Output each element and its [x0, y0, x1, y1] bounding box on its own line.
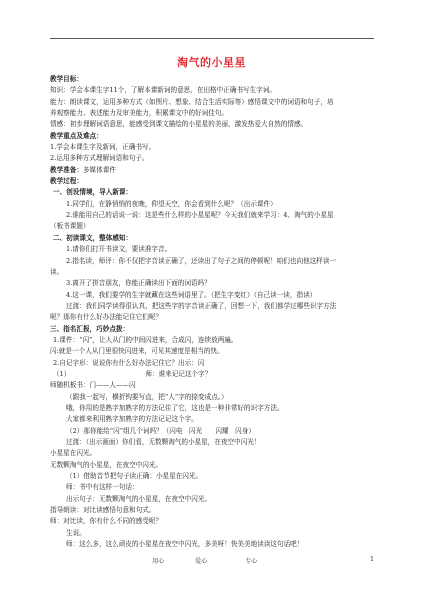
- text-line: 1.请你们打开书读文，要读准字音。: [50, 244, 376, 255]
- section-heading: 教学重点及难点：: [50, 131, 376, 142]
- line-text: 1.课件：“闪”，让人从门的中间闪进来，合成闪，连续放两遍。: [53, 336, 237, 344]
- page-number: 1: [370, 556, 374, 563]
- section-heading: 二、初读课文，整体感知：: [50, 233, 376, 244]
- text-line: 教学准备：多媒体课件: [50, 165, 376, 176]
- text-line: 呢？那你有什么好办法能记住它们呢？: [50, 312, 376, 323]
- line-text: （2）那你能给“闪”组几个词吗？（闪电 闪光 闪耀 闪身）: [66, 427, 255, 435]
- text-line: 1.学会本课生字及新词，正确书写。: [50, 142, 376, 153]
- line-suffix: 师：谁来记记这个字？: [70, 370, 211, 378]
- line-text: （板书课题）: [50, 222, 90, 230]
- line-text: 大家都来利用熟字加熟字的方法记记这个字。: [66, 415, 198, 423]
- line-text: 4.这一课，我们要学的生字就藏在这些词语里了。（把生字变红）（自己读一读，指读）: [66, 291, 316, 299]
- line-text: 闪:就是一个人从门里很快闪进来，可见其速度是相当的快。: [50, 347, 224, 355]
- text-line: 师：书中有这样一句话：: [50, 482, 376, 493]
- footer-motto-3: 专心: [245, 556, 257, 565]
- section-heading: 教学过程：: [50, 176, 376, 187]
- line-text: 3.离开了拼音朋友，你能正确读出下面的词语吗？: [66, 279, 211, 287]
- line-text: 师：书中有这样一句话：: [66, 483, 139, 491]
- line-text: 小星星在闪光。: [50, 449, 96, 457]
- line-text: 过渡：（出示画面）你们看，无数颗淘气的小星星，在夜空中闪光！: [66, 438, 261, 446]
- line-text: 2.谁能用自己的话说一说：这是些什么样的小星星呢？今天我们就来学习：4、淘气的小…: [66, 211, 334, 219]
- line-text: 师随机板书：门——人——闪: [50, 381, 136, 389]
- line-text: 2.自记字形：说说你有什么好办法记住它？出示：闪: [53, 359, 204, 367]
- text-line: 无数颗淘气的小星星，在夜空中闪光。: [50, 460, 376, 471]
- text-line: 3.离开了拼音朋友，你能正确读出下面的词语吗？: [50, 278, 376, 289]
- text-line: 过渡：我们同学读得很认真，把这些字的字音读正确了，回想一下，我们都学过哪些识字方…: [50, 301, 376, 312]
- text-line: 能力：朗读课文，运用多种方式（如图片、想象、结合生活实际等）感悟课文中的词语和句…: [50, 97, 376, 108]
- text-line: 师随机板书：门——人——闪: [50, 380, 376, 391]
- text-line: 情感：初步理解词语意思，能感受到课文描绘的小星星的美丽，激发热爱大自然的情感。: [50, 119, 376, 130]
- line-text: （跟我一起写，横折钩要写直，把“人”字的捺变成点。）: [66, 393, 228, 401]
- line-text: 教学目标：: [50, 75, 83, 83]
- line-text: 1.同学们，在静悄悄的夜晚，仰望天空，你会看到什么呢？（出示课件）: [66, 200, 277, 208]
- text-line: 过渡：（出示画面）你们看，无数颗淘气的小星星，在夜空中闪光！: [50, 437, 376, 448]
- text-line: 哦，你用的是熟字加熟字的方法记住了它，这也是一种非常好的识字方法。: [50, 403, 376, 414]
- line-text: 教学过程：: [50, 177, 83, 185]
- line-text: 教学重点及难点：: [50, 132, 103, 140]
- line-text: 三、指名汇报，巧妙点拨：: [50, 325, 129, 333]
- text-line: 出示句子：无数颗淘气的小星星，在夜空中闪光。: [50, 494, 376, 505]
- text-line: 读。: [50, 267, 376, 278]
- line-text: 1.学会本课生字及新词，正确书写。: [50, 143, 155, 151]
- text-line: 1.课件：“闪”，让人从门的中间闪进来，合成闪，连续放两遍。: [50, 335, 376, 346]
- line-text: 生说。: [66, 529, 86, 537]
- line-text: 无数颗淘气的小星星，在夜空中闪光。: [50, 461, 162, 469]
- document-page: 淘气的小星星 教学目标：知识：学会本课生字11个，了解本课新词的意思，在田格中正…: [0, 0, 423, 600]
- line-text: 二、初读课文，整体感知：: [53, 234, 132, 242]
- line-text: 养观察能力、表述能力及审美能力，积累课文中的好词佳句。: [50, 109, 228, 117]
- line-text: （1）: [53, 370, 70, 378]
- document-body: 教学目标：知识：学会本课生字11个，了解本课新词的意思，在田格中正确书写生字词。…: [50, 74, 376, 550]
- line-text: 知识：学会本课生字11个，了解本课新词的意思，在田格中正确书写生字词。: [50, 86, 276, 94]
- line-text: 2.运用多种方式理解词语和句子。: [50, 154, 149, 162]
- line-text: 过渡：我们同学读得很认真，把这些字的字音读正确了，回想一下，我们都学过哪些识字方…: [66, 302, 336, 310]
- text-line: （跟我一起写，横折钩要写直，把“人”字的捺变成点。）: [50, 392, 376, 403]
- text-line: 2.运用多种方式理解词语和句子。: [50, 153, 376, 164]
- text-line: 大家都来利用熟字加熟字的方法记记这个字。: [50, 414, 376, 425]
- text-line: 小星星在闪光。: [50, 448, 376, 459]
- line-text: 1.请你们打开书读文，要读准字音。: [66, 245, 171, 253]
- footer-motto-2: 爱心: [195, 556, 207, 565]
- text-line: 2.谁能用自己的话说一说：这是些什么样的小星星呢？今天我们就来学习：4、淘气的小…: [50, 210, 376, 221]
- line-text: 能力：朗读课文，运用多种方式（如图片、想象、结合生活实际等）感悟课文中的词语和句…: [50, 98, 334, 106]
- text-line: （1）师：谁来记记这个字？: [50, 369, 376, 380]
- line-text: 出示句子：无数颗淘气的小星星，在夜空中闪光。: [66, 495, 211, 503]
- line-text: 师：对比读，你有什么不同的感受呢？: [50, 517, 162, 525]
- footer-motto-1: 用心: [152, 556, 164, 565]
- text-line: 养观察能力、表述能力及审美能力，积累课文中的好词佳句。: [50, 108, 376, 119]
- text-line: 知识：学会本课生字11个，了解本课新词的意思，在田格中正确书写生字词。: [50, 85, 376, 96]
- label: 教学准备：: [50, 166, 83, 174]
- line-text: 一、创设情境，导入新课：: [53, 188, 132, 196]
- section-heading: 三、指名汇报，巧妙点拨：: [50, 324, 376, 335]
- line-text: 师：这么多，这么顽皮的小星星在夜空中闪光，多美呀！快美美地读读这句话吧！: [66, 540, 303, 548]
- line-text: （1）借助音节把句子读正确：小星星在闪光。: [66, 472, 202, 480]
- text-line: 2.自记字形：说说你有什么好办法记住它？出示：闪: [50, 358, 376, 369]
- line-text: 指导朗读：对比读感悟句意和句式。: [50, 506, 156, 514]
- text-line: 闪:就是一个人从门里很快闪进来，可见其速度是相当的快。: [50, 346, 376, 357]
- text-line: 师：这么多，这么顽皮的小星星在夜空中闪光，多美呀！快美美地读读这句话吧！: [50, 539, 376, 550]
- text-line: （1）借助音节把句子读正确：小星星在闪光。: [50, 471, 376, 482]
- line-text: 2.指名读，师评：你不仅把字音读正确了，还读出了句子之间的停顿呢！咱们也向他这样…: [66, 257, 336, 265]
- line-text: 读。: [50, 268, 63, 276]
- text-line: 指导朗读：对比读感悟句意和句式。: [50, 505, 376, 516]
- text-line: 4.这一课，我们要学的生字就藏在这些词语里了。（把生字变红）（自己读一读，指读）: [50, 290, 376, 301]
- line-text: 呢？那你有什么好办法能记住它们呢？: [50, 313, 162, 321]
- section-heading: 教学目标：: [50, 74, 376, 85]
- text-line: （板书课题）: [50, 221, 376, 232]
- section-heading: 一、创设情境，导入新课：: [50, 187, 376, 198]
- value: 多媒体课件: [83, 166, 116, 174]
- text-line: 生说。: [50, 528, 376, 539]
- text-line: （2）那你能给“闪”组几个词吗？（闪电 闪光 闪耀 闪身）: [50, 426, 376, 437]
- page-title: 淘气的小星星: [0, 54, 423, 70]
- text-line: 1.同学们，在静悄悄的夜晚，仰望天空，你会看到什么呢？（出示课件）: [50, 199, 376, 210]
- text-line: 师：对比读，你有什么不同的感受呢？: [50, 516, 376, 527]
- line-text: 情感：初步理解词语意思，能感受到课文描绘的小星星的美丽，激发热爱大自然的情感。: [50, 120, 307, 128]
- text-line: 2.指名读，师评：你不仅把字音读正确了，还读出了句子之间的停顿呢！咱们也向他这样…: [50, 256, 376, 267]
- header-rule: [50, 38, 374, 39]
- line-text: 哦，你用的是熟字加熟字的方法记住了它，这也是一种非常好的识字方法。: [66, 404, 284, 412]
